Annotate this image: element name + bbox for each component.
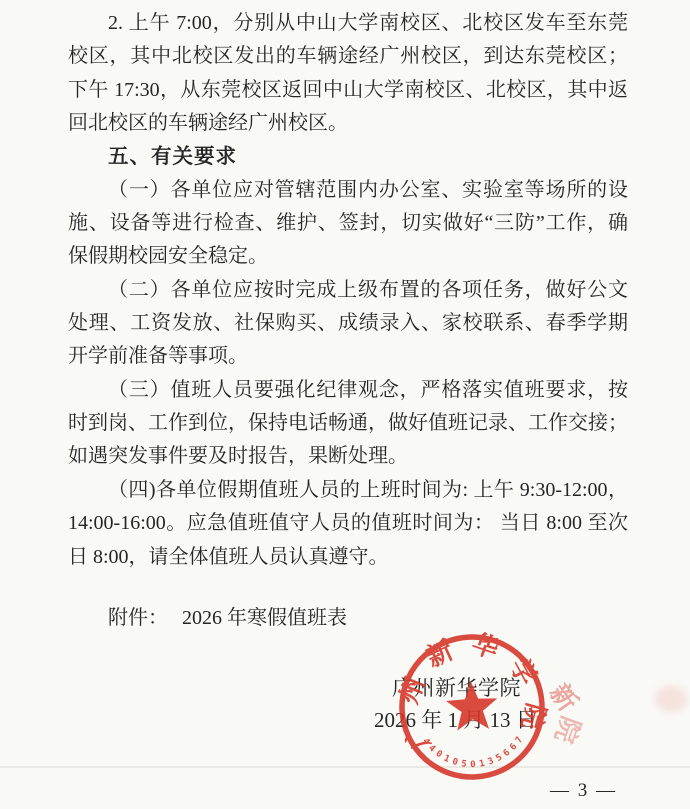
- text-line: （二）各单位应按时完成上级布置的各项任务，做好公文: [68, 274, 628, 307]
- attachment-line: 附件：2026 年寒假值班表: [108, 603, 347, 633]
- text-line: 施、设备等进行检查、维护、签封，切实做好“三防”工作，确: [68, 207, 628, 240]
- text-line: 处理、工资发放、社保购买、成绩录入、家校联系、春季学期: [68, 307, 628, 340]
- text-line: 时到岗、工作到位，保持电话畅通，做好值班记录、工作交接；: [68, 407, 628, 440]
- text-line: 2. 上午 7:00，分别从中山大学南校区、北校区发车至东莞: [68, 7, 628, 40]
- star-icon: [445, 680, 499, 731]
- document-body-text: 2. 上午 7:00，分别从中山大学南校区、北校区发车至东莞校区，其中北校区发出…: [0, 7, 690, 574]
- text-line: 下午 17:30，从东莞校区返回中山大学南校区、北校区，其中返: [68, 74, 628, 107]
- attachment-value: 2026 年寒假值班表: [182, 607, 347, 629]
- text-line: 校区，其中北校区发出的车辆途经广州校区，到达东莞校区；: [68, 40, 628, 73]
- text-line: 回北校区的车辆途经广州校区。: [68, 107, 628, 140]
- seal-ghost-smudge: [655, 686, 687, 712]
- document-page: 2. 上午 7:00，分别从中山大学南校区、北校区发车至东莞校区，其中北校区发出…: [0, 0, 690, 809]
- text-line: 五、有关要求: [68, 140, 628, 173]
- text-line: 开学前准备等事项。: [68, 340, 628, 373]
- official-seal: 广州新华学院 4401050135667: [388, 623, 556, 791]
- text-line: 日 8:00，请全体值班人员认真遵守。: [68, 541, 628, 574]
- text-line: 14:00-16:00。应急值班值守人员的值班时间为： 当日 8:00 至次: [68, 507, 628, 540]
- text-line: （四)各单位假期值班人员的上班时间为: 上午 9:30-12:00，: [68, 474, 628, 507]
- scan-artifact-line: [0, 766, 690, 768]
- text-line: 保假期校园安全稳定。: [68, 240, 628, 273]
- page-number: — 3 —: [550, 780, 617, 802]
- text-line: （三）值班人员要强化纪律观念，严格落实值班要求，按: [68, 374, 628, 407]
- attachment-label: 附件：: [108, 607, 168, 629]
- text-line: （一）各单位应对管辖范围内办公室、实验室等场所的设: [68, 174, 628, 207]
- seal-graphic: 广州新华学院 4401050135667: [388, 623, 556, 791]
- text-line: 如遇突发事件要及时报告，果断处理。: [68, 440, 628, 473]
